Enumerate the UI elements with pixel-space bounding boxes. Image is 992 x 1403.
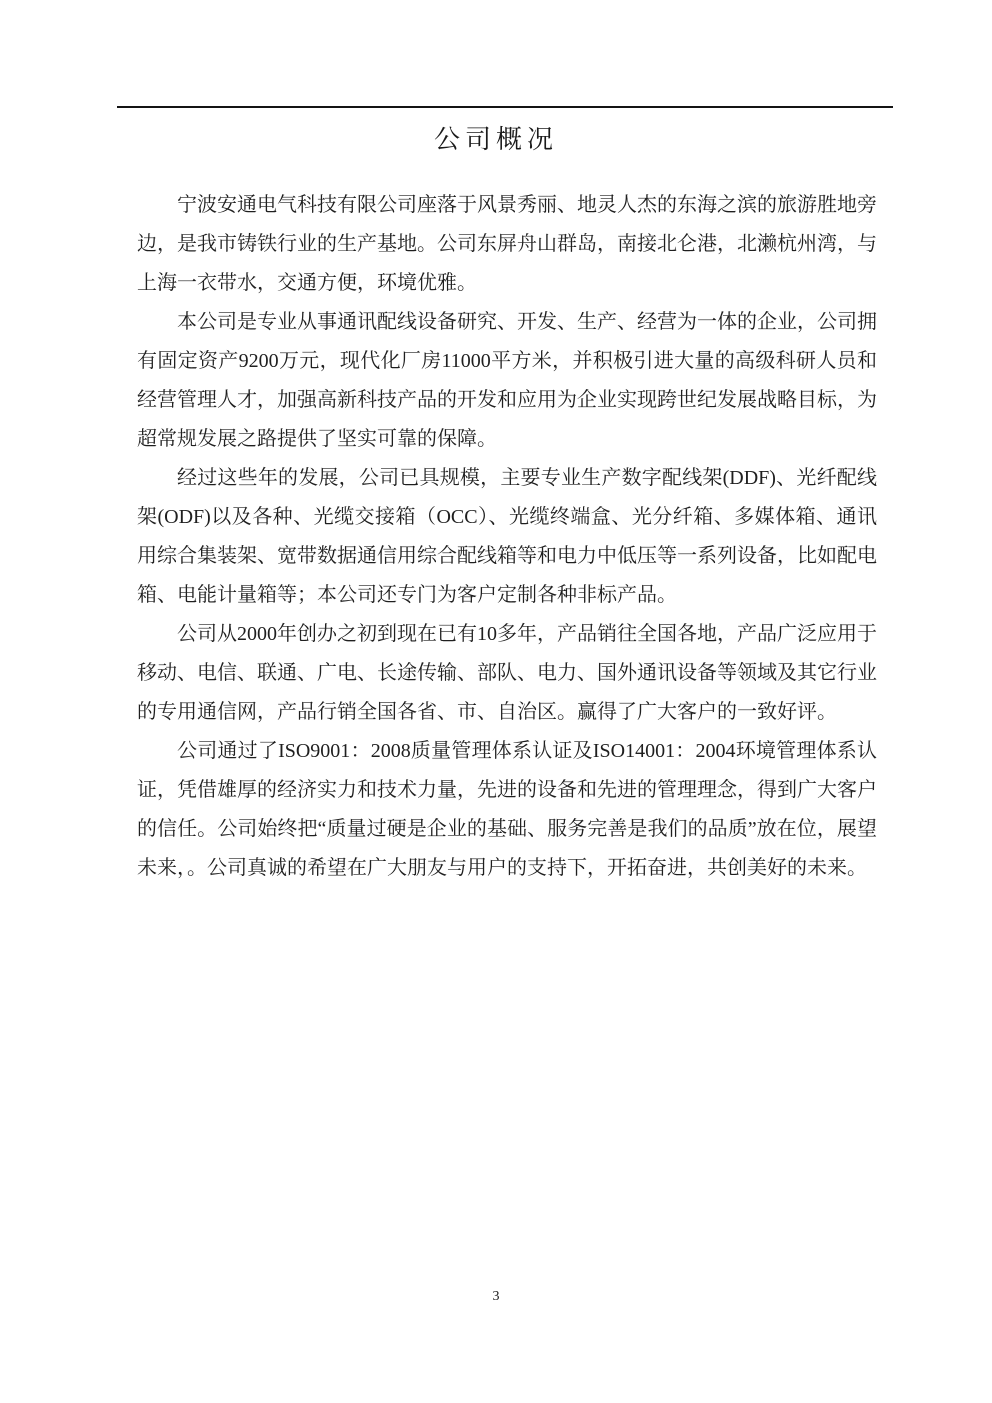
header-divider (117, 106, 893, 108)
page-number: 3 (0, 1289, 992, 1305)
paragraph-products: 经过这些年的发展，公司已具规模，主要专业生产数字配线架(DDF)、光纤配线架(O… (137, 459, 877, 615)
page-title: 公司概况 (0, 119, 992, 156)
paragraph-company-location: 宁波安通电气科技有限公司座落于风景秀丽、地灵人杰的东海之滨的旅游胜地旁边，是我市… (137, 186, 877, 303)
paragraph-company-business: 本公司是专业从事通讯配线设备研究、开发、生产、经营为一体的企业，公司拥有固定资产… (137, 303, 877, 459)
paragraph-certification: 公司通过了ISO9001：2008质量管理体系认证及ISO14001：2004环… (137, 732, 877, 888)
paragraph-market: 公司从2000年创办之初到现在已有10多年，产品销往全国各地，产品广泛应用于移动… (137, 615, 877, 732)
document-body: 宁波安通电气科技有限公司座落于风景秀丽、地灵人杰的东海之滨的旅游胜地旁边，是我市… (137, 186, 877, 888)
document-page: 公司概况 宁波安通电气科技有限公司座落于风景秀丽、地灵人杰的东海之滨的旅游胜地旁… (0, 0, 992, 1403)
